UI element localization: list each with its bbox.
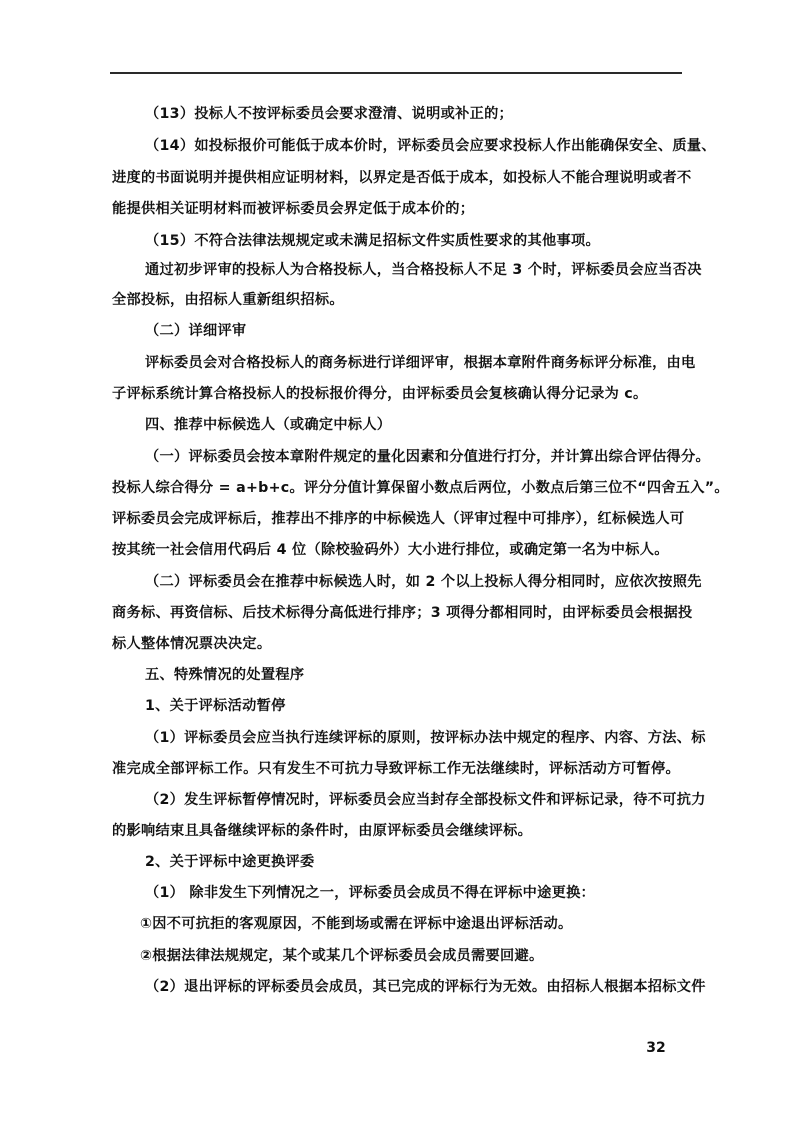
text-line: 子评标系统计算合格投标人的投标报价得分，由评标委员会复核确认得分记录为 c。 [112,383,680,405]
text-line: 进度的书面说明并提供相应证明材料，以界定是否低于成本，如投标人不能合理说明或者不 [112,167,680,189]
text-line: （二）详细评审 [145,320,680,342]
text-line: （13）投标人不按评标委员会要求澄清、说明或补正的； [145,103,680,125]
text-line: 的影响结束且具备继续评标的条件时，由原评标委员会继续评标。 [112,820,680,842]
page-number: 32 [636,1038,676,1058]
text-line: 五、特殊情况的处置程序 [145,664,680,686]
text-line: 1、关于评标活动暂停 [145,695,680,717]
text-line: 准完成全部评标工作。只有发生不可抗力导致评标工作无法继续时，评标活动方可暂停。 [112,758,680,780]
text-line: 投标人综合得分 = a+b+c。评分分值计算保留小数点后两位，小数点后第三位不“… [112,477,680,499]
text-line: （1） 除非发生下列情况之一，评标委员会成员不得在评标中途更换： [145,882,680,904]
text-line: （14）如投标报价可能低于成本价时，评标委员会应要求投标人作出能确保安全、质量、 [145,135,680,157]
text-line: 标人整体情况票决决定。 [112,633,680,655]
text-line: 通过初步评审的投标人为合格投标人，当合格投标人不足 3 个时，评标委员会应当否决 [145,259,680,281]
text-line: （一）评标委员会按本章附件规定的量化因素和分值进行打分，并计算出综合评估得分。 [145,446,680,468]
text-line: 评标委员会完成评标后，推荐出不排序的中标候选人（评审过程中可排序），红标候选人可 [112,508,680,530]
text-line: 能提供相关证明材料而被评标委员会界定低于成本价的； [112,198,680,220]
text-line: 商务标、再资信标、后技术标得分高低进行排序；3 项得分都相同时，由评标委员会根据… [112,602,680,624]
text-line: （二）评标委员会在推荐中标候选人时，如 2 个以上投标人得分相同时，应依次按照先 [145,571,680,593]
text-line: 全部投标，由招标人重新组织招标。 [112,289,680,311]
text-line: （2）退出评标的评标委员会成员，其已完成的评标行为无效。由招标人根据本招标文件 [145,976,680,998]
text-line: ①因不可抗拒的客观原因，不能到场或需在评标中途退出评标活动。 [140,913,680,935]
text-line: （1）评标委员会应当执行连续评标的原则，按评标办法中规定的程序、内容、方法、标 [145,727,680,749]
text-line: （15）不符合法律法规规定或未满足招标文件实质性要求的其他事项。 [145,230,680,252]
header-rule [110,72,682,74]
text-line: （2）发生评标暂停情况时，评标委员会应当封存全部投标文件和评标记录，待不可抗力 [145,789,680,811]
text-line: 2、关于评标中途更换评委 [145,851,680,873]
text-line: 按其统一社会信用代码后 4 位（除校验码外）大小进行排位，或确定第一名为中标人。 [112,539,680,561]
text-line: 四、推荐中标候选人（或确定中标人） [145,414,680,436]
text-line: 评标委员会对合格投标人的商务标进行详细评审，根据本章附件商务标评分标准，由电 [145,352,680,374]
text-line: ②根据法律法规规定，某个或某几个评标委员会成员需要回避。 [140,945,680,967]
